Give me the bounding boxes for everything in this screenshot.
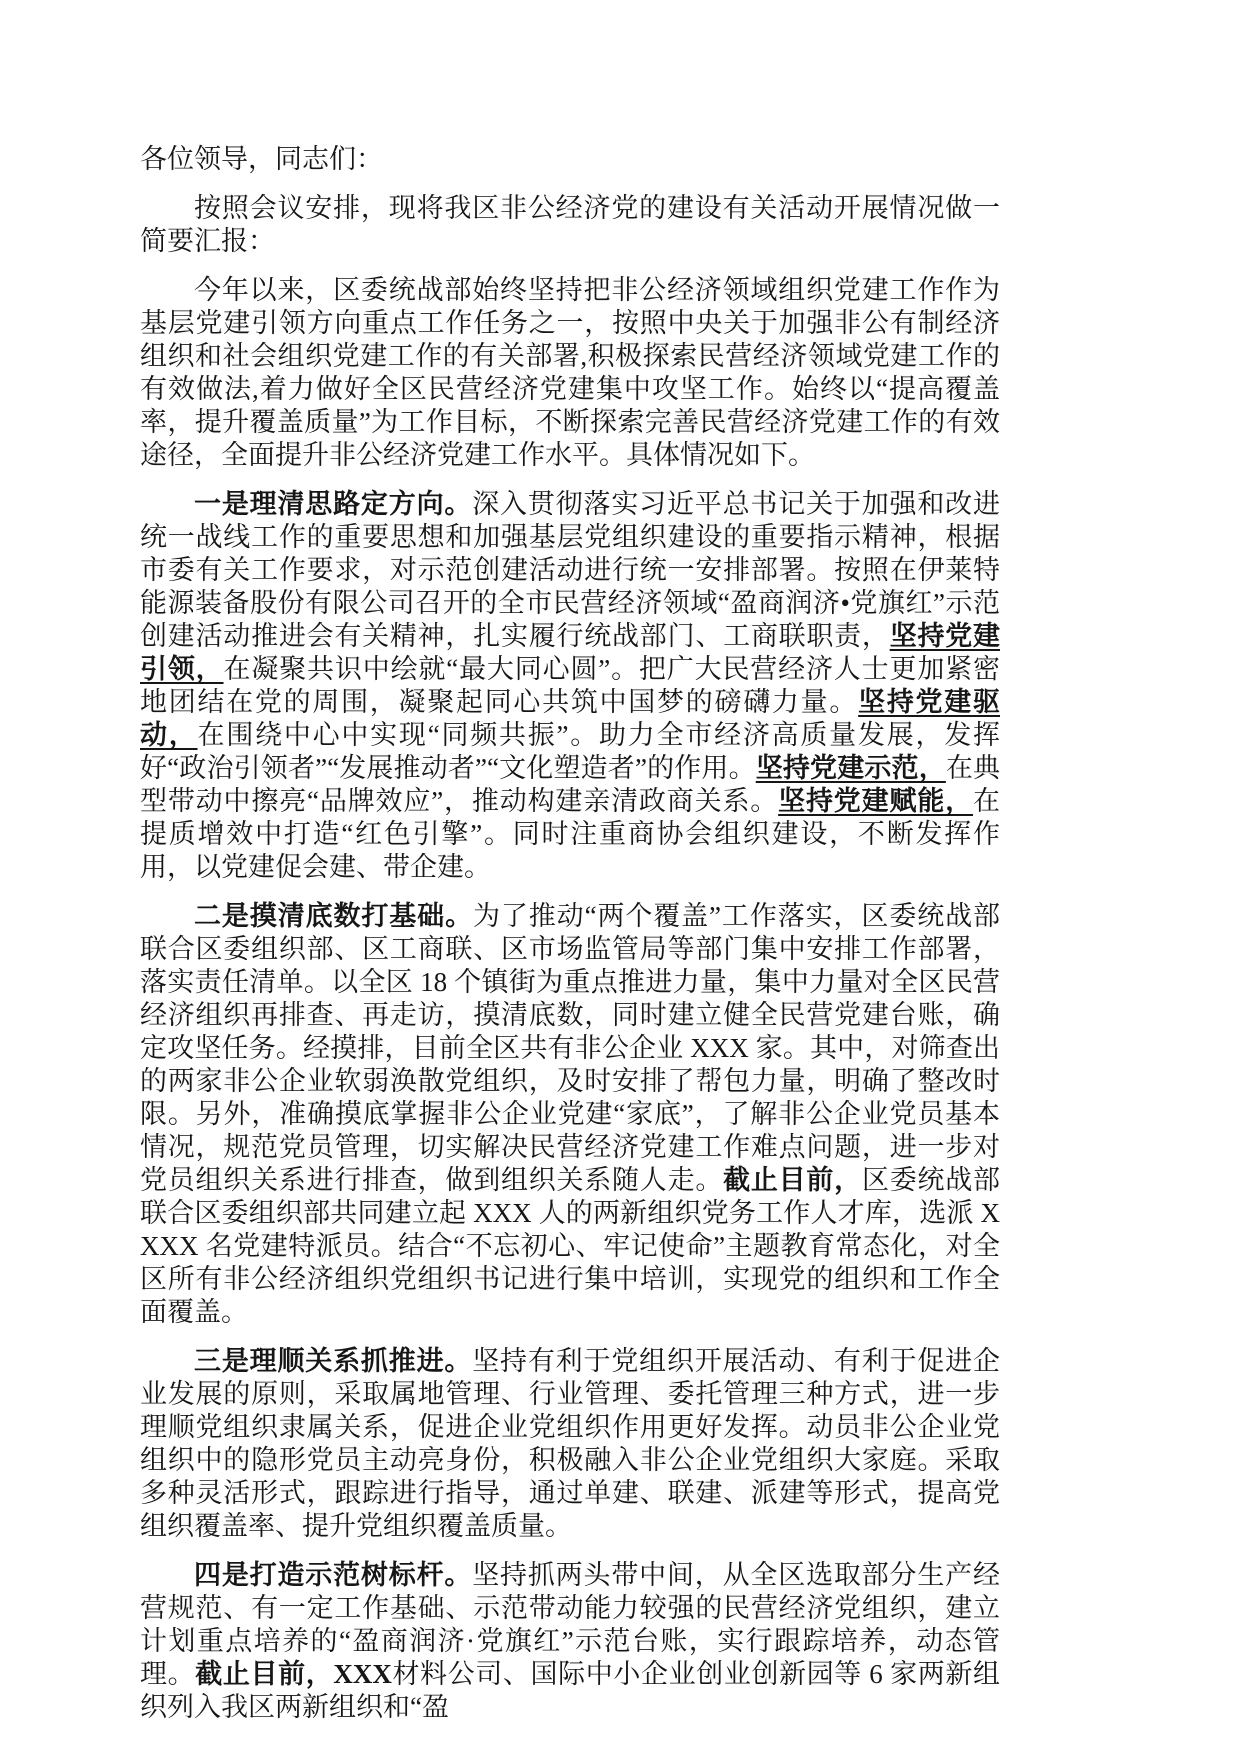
paragraph-point-4: 四是打造示范树标杆。坚持抓两头带中间，从全区选取部分生产经营规范、有一定工作基础… [140, 1559, 1000, 1724]
paragraph-text: 各位领导，同志们： [140, 144, 383, 174]
paragraph-overview: 今年以来，区委统战部始终坚持把非公经济领域组织党建工作作为基层党建引领方向重点工… [140, 274, 1000, 472]
emphasis-bold: 截止目前，XXX [195, 1659, 392, 1689]
point-heading: 二是摸清底数打基础。 [194, 901, 473, 931]
paragraph-point-2: 二是摸清底数打基础。为了推动“两个覆盖”工作落实，区委统战部联合区委组织部、区工… [140, 900, 1000, 1329]
document-page: 各位领导，同志们： 按照会议安排，现将我区非公经济党的建设有关活动开展情况做一简… [0, 0, 1240, 1754]
paragraph-text: 今年以来，区委统战部始终坚持把非公经济领域组织党建工作作为基层党建引领方向重点工… [140, 275, 1000, 470]
point-heading: 一是理清思路定方向。 [194, 489, 472, 519]
paragraph-intro: 按照会议安排，现将我区非公经济党的建设有关活动开展情况做一简要汇报： [140, 192, 1000, 258]
point-heading: 三是理顺关系抓推进。 [194, 1346, 472, 1376]
paragraph-salutation: 各位领导，同志们： [140, 143, 1000, 176]
emphasis-underline: 坚持党建示范， [756, 753, 946, 783]
emphasis-bold: 截止目前， [723, 1165, 862, 1195]
paragraph-point-1: 一是理清思路定方向。深入贯彻落实习近平总书记关于加强和改进统一战线工作的重要思想… [140, 488, 1000, 884]
paragraph-text: 为了推动“两个覆盖”工作落实，区委统战部联合区委组织部、区工商联、区市场监管局等… [140, 901, 1000, 1195]
paragraph-text: 按照会议安排，现将我区非公经济党的建设有关活动开展情况做一简要汇报： [140, 193, 1000, 256]
emphasis-underline: 坚持党建赋能， [778, 786, 973, 816]
point-heading: 四是打造示范树标杆。 [194, 1560, 472, 1590]
paragraph-point-3: 三是理顺关系抓推进。坚持有利于党组织开展活动、有利于促进企业发展的原则，采取属地… [140, 1345, 1000, 1543]
